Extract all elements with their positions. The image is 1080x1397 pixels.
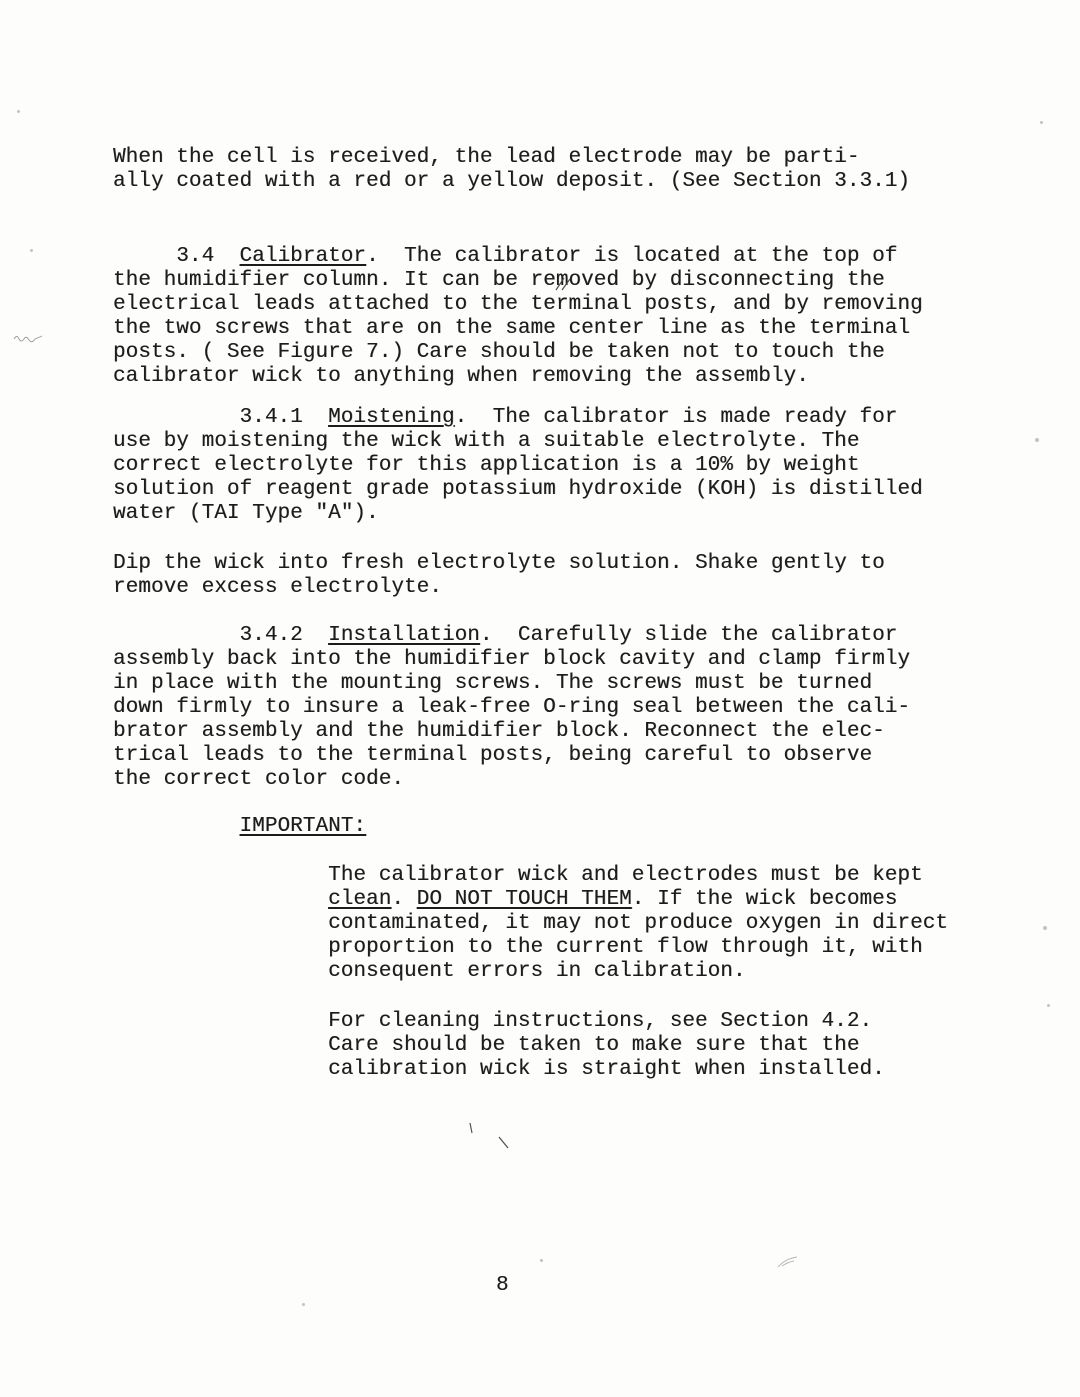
scan-speck: [17, 110, 20, 113]
paragraph-dip-wick: Dip the wick into fresh electrolyte solu…: [113, 552, 885, 600]
scan-speck: [1043, 926, 1047, 930]
scan-speck: [540, 1259, 543, 1262]
scan-speck: [1047, 1004, 1050, 1007]
scan-speck: [30, 249, 33, 252]
page-number: 8: [496, 1274, 509, 1298]
section-3-4-calibrator: 3.4 Calibrator. The calibrator is locate…: [113, 245, 923, 389]
intro-paragraph: When the cell is received, the lead elec…: [113, 146, 910, 194]
margin-scribble-mark: [12, 330, 44, 344]
stray-pen-tick: [464, 1120, 478, 1136]
overstrike-correction-mark: [551, 275, 579, 293]
scan-speck: [1040, 121, 1043, 124]
cleaning-note-paragraph: For cleaning instructions, see Section 4…: [113, 1010, 885, 1082]
scan-speck: [302, 1303, 305, 1306]
stray-pen-tick: [496, 1134, 512, 1152]
scanned-document-page: When the cell is received, the lead elec…: [0, 0, 1080, 1397]
important-heading: IMPORTANT:: [113, 815, 366, 839]
scan-speck: [1035, 438, 1039, 442]
important-note-body: The calibrator wick and electrodes must …: [113, 864, 948, 984]
section-3-4-1-moistening: 3.4.1 Moistening. The calibrator is made…: [113, 406, 923, 526]
section-3-4-2-installation: 3.4.2 Installation. Carefully slide the …: [113, 624, 910, 792]
pencil-smudge-mark: [776, 1254, 800, 1270]
